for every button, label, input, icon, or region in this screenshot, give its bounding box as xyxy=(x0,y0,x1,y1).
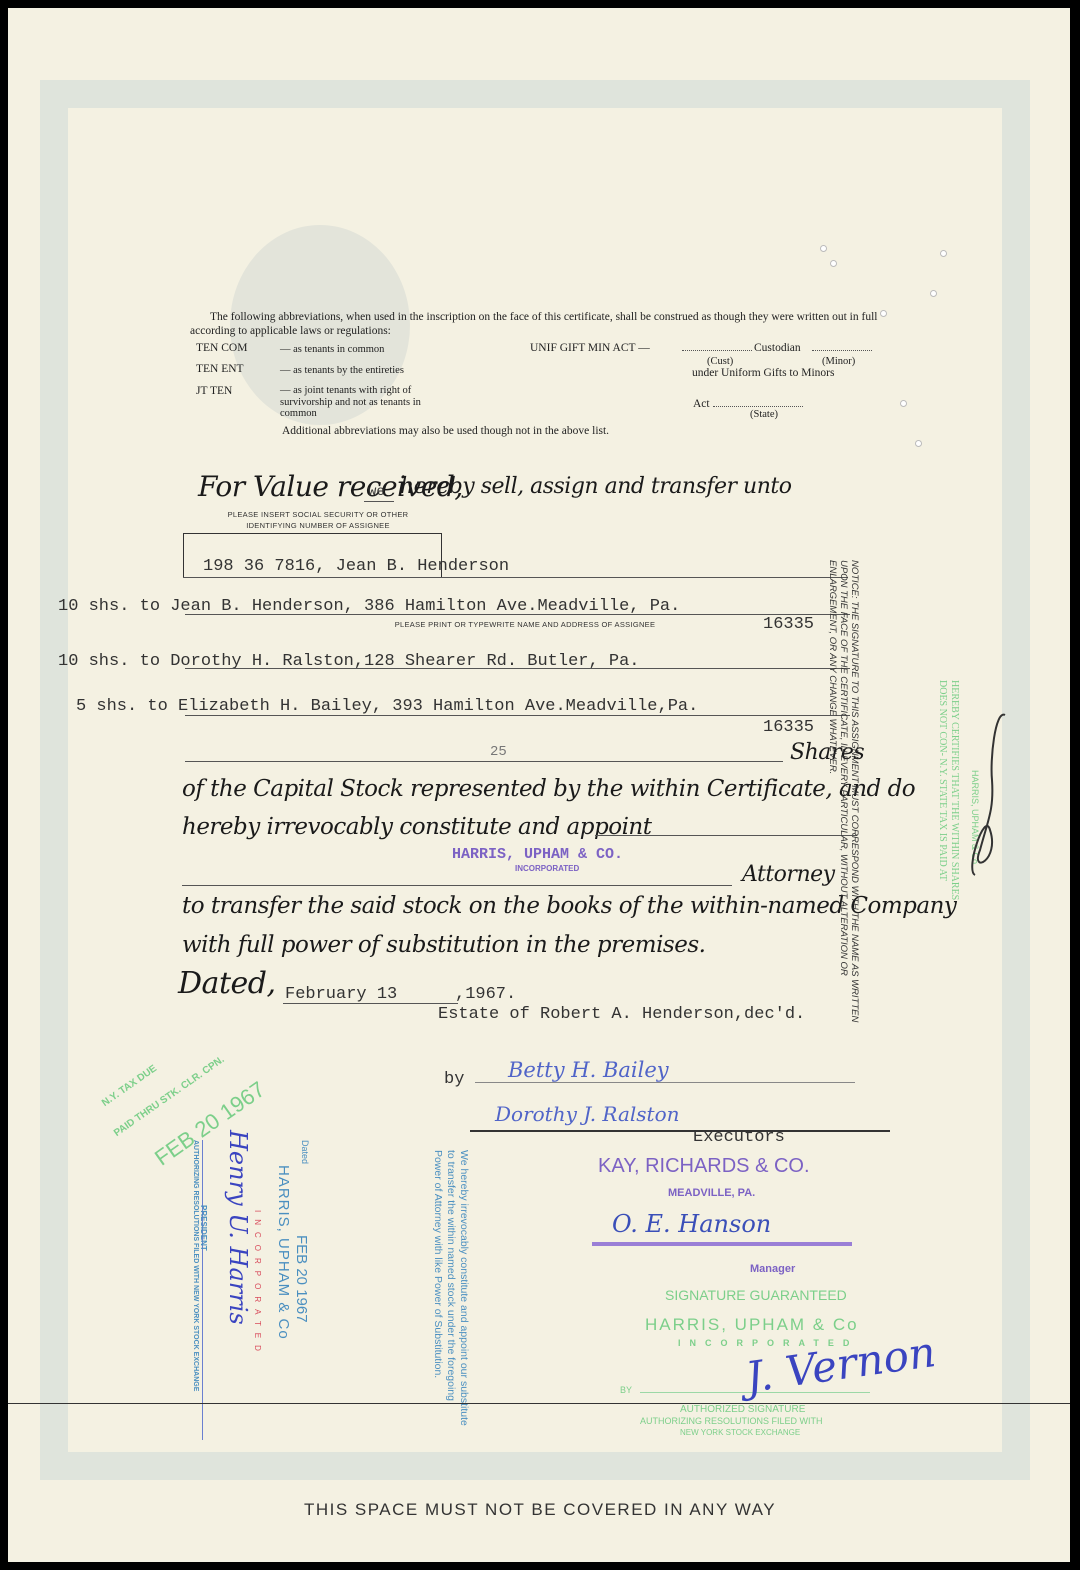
capital-stock-text: of the Capital Stock represented by the … xyxy=(182,776,915,802)
perforation xyxy=(880,310,887,317)
attorney-underline xyxy=(182,885,732,886)
abbr-code-ten-ent: TEN ENT xyxy=(196,363,244,375)
signature-hanson: O. E. Hanson xyxy=(612,1210,771,1238)
signature-dorothy-ralston: Dorothy J. Ralston xyxy=(495,1102,680,1126)
ugma-minor: (Minor) xyxy=(822,356,855,367)
attorney-stamp-sub: INCORPORATED xyxy=(515,864,579,873)
attorney-word: Attorney xyxy=(742,862,835,887)
substitution-firm: HARRIS, UPHAM & Co xyxy=(275,1165,292,1340)
ssn-label-1: PLEASE INSERT SOCIAL SECURITY OR OTHER xyxy=(178,510,458,519)
ssn-underline xyxy=(183,577,848,578)
estate-text: Estate of Robert A. Henderson,dec'd. xyxy=(438,1005,805,1024)
attorney-stamp: HARRIS, UPHAM & CO. xyxy=(452,846,623,863)
right-margin-signature xyxy=(960,700,1030,880)
signature-betty-bailey: Betty H. Bailey xyxy=(508,1058,669,1082)
we-underline xyxy=(364,501,394,502)
name-address-label: PLEASE PRINT OR TYPEWRITE NAME AND ADDRE… xyxy=(300,620,750,629)
ugma-cust-line xyxy=(682,350,752,351)
guarantee-by: BY xyxy=(620,1385,632,1395)
substitution-stamp-text: We hereby irrevocably constitute and app… xyxy=(431,1150,470,1430)
ugma-act: Act xyxy=(693,398,710,410)
substitution-dated: Dated xyxy=(300,1140,310,1164)
notice-text: NOTICE: THE SIGNATURE TO THIS ASSIGNMENT… xyxy=(827,560,860,1030)
manager-label: Manager xyxy=(750,1263,795,1275)
signature-guaranteed-stamp: SIGNATURE GUARANTEED xyxy=(665,1287,847,1303)
authorized-signature: AUTHORIZED SIGNATURE xyxy=(680,1404,805,1415)
perforation xyxy=(820,245,827,252)
signature-line-2 xyxy=(470,1130,890,1132)
substitution-resolutions: AUTHORIZING RESOLUTIONS FILED WITH NEW Y… xyxy=(191,1140,200,1420)
perforation xyxy=(830,260,837,267)
shares-underline xyxy=(185,761,783,762)
dated-label: Dated, xyxy=(178,966,276,1001)
perforation xyxy=(940,250,947,257)
ugma-act-line xyxy=(713,406,803,407)
ugma-label: UNIF GIFT MIN ACT — xyxy=(530,342,650,354)
perforation xyxy=(930,290,937,297)
assignee-zip-3: 16335 xyxy=(763,718,814,737)
nyse-label: NEW YORK STOCK EXCHANGE xyxy=(680,1428,800,1437)
harris-upham-guarantee: HARRIS, UPHAM & Co xyxy=(645,1315,859,1335)
assignee-underline-1 xyxy=(185,614,850,615)
abbr-meaning-ten-ent: — as tenants by the entireties xyxy=(280,365,404,376)
assignee-underline-2 xyxy=(185,668,850,669)
ssn-value: 198 36 7816, Jean B. Henderson xyxy=(203,557,509,576)
dated-underline xyxy=(283,1003,458,1004)
shares-count: 25 xyxy=(490,744,507,760)
substitution-sig-line xyxy=(202,1140,203,1440)
irrevocably-text: hereby irrevocably constitute and appoin… xyxy=(182,814,651,840)
executors-label: Executors xyxy=(693,1128,785,1147)
signature-henry-harris: Henry U. Harris xyxy=(224,1130,252,1325)
abbreviations-intro: The following abbreviations, when used i… xyxy=(190,310,910,338)
by-label: by xyxy=(444,1070,464,1089)
abbr-meaning-jt-ten: — as joint tenants with right of survivo… xyxy=(280,385,460,420)
abbreviations-intro-text: The following abbreviations, when used i… xyxy=(190,310,910,338)
ugma-minor-line xyxy=(812,350,872,351)
appoint-underline xyxy=(595,835,857,836)
perforation xyxy=(915,440,922,447)
footer-warning: THIS SPACE MUST NOT BE COVERED IN ANY WA… xyxy=(0,1500,1080,1520)
assignee-line-3: 5 shs. to Elizabeth H. Bailey, 393 Hamil… xyxy=(76,697,698,716)
we-typed: we xyxy=(368,484,385,500)
bottom-rule xyxy=(8,1403,1070,1404)
abbr-code-ten-com: TEN COM xyxy=(196,342,247,354)
hereby-sell-assign: hereby sell, assign and transfer unto xyxy=(400,474,791,499)
abbr-code-jt-ten: JT TEN xyxy=(196,385,232,397)
ssn-label-2: IDENTIFYING NUMBER OF ASSIGNEE xyxy=(178,521,458,530)
kay-richards-city: MEADVILLE, PA. xyxy=(668,1187,755,1199)
substitution-text: with full power of substitution in the p… xyxy=(182,932,705,958)
assignee-underline-3 xyxy=(185,715,850,716)
substitution-title: PRESIDENT xyxy=(199,1205,208,1251)
ugma-custodian: Custodian xyxy=(754,342,801,354)
purple-signature-line xyxy=(592,1242,852,1246)
dated-value: February 13 xyxy=(285,985,397,1004)
substitution-date: FEB 20 1967 xyxy=(293,1235,310,1323)
signature-line-1 xyxy=(475,1082,855,1083)
ugma-state: (State) xyxy=(750,409,778,420)
kay-richards-stamp: KAY, RICHARDS & CO. xyxy=(598,1155,810,1178)
substitution-firm-sub: INCORPORATED xyxy=(253,1210,262,1358)
ny-state-tax-stamp: HEREBY CERTIFIES THAT THE WITHIN SHARES … xyxy=(936,680,960,920)
authorizing-resolutions: AUTHORIZING RESOLUTIONS FILED WITH xyxy=(640,1416,823,1426)
abbr-additional: Additional abbreviations may also be use… xyxy=(282,425,609,437)
ugma-under: under Uniform Gifts to Minors xyxy=(692,367,834,379)
abbr-meaning-ten-com: — as tenants in common xyxy=(280,344,384,355)
perforation xyxy=(900,400,907,407)
ugma-cust: (Cust) xyxy=(707,356,733,367)
assignee-zip-1: 16335 xyxy=(763,615,814,634)
dated-year: ,1967. xyxy=(455,985,516,1004)
